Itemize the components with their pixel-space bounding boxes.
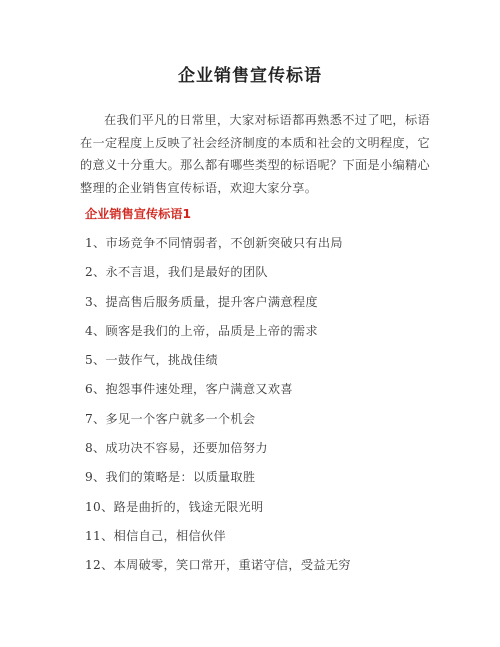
slogan-item: 6、抱怨事件速处理，客户满意又欢喜	[85, 380, 351, 409]
slogan-item: 1、市场竞争不同情弱者，不创新突破只有出局	[85, 234, 351, 263]
document-page: 企业销售宣传标语 在我们平凡的日常里，大家对标语都再熟悉不过了吧，标语在一定程度…	[0, 0, 500, 647]
slogan-item: 12、本周破零，笑口常开，重诺守信，受益无穷	[85, 556, 351, 585]
slogan-item: 10、路是曲折的，钱途无限光明	[85, 498, 351, 527]
slogan-item: 11、相信自己，相信伙伴	[85, 527, 351, 556]
slogan-list: 1、市场竞争不同情弱者，不创新突破只有出局 2、永不言退，我们是最好的团队 3、…	[85, 234, 351, 586]
slogan-item: 5、一鼓作气，挑战佳绩	[85, 351, 351, 380]
section-heading: 企业销售宣传标语1	[85, 205, 191, 223]
intro-paragraph: 在我们平凡的日常里，大家对标语都再熟悉不过了吧，标语在一定程度上反映了社会经济制…	[80, 109, 430, 199]
slogan-item: 2、永不言退，我们是最好的团队	[85, 263, 351, 292]
slogan-item: 8、成功决不容易，还要加倍努力	[85, 439, 351, 468]
slogan-item: 9、我们的策略是：以质量取胜	[85, 468, 351, 497]
slogan-item: 7、多见一个客户就多一个机会	[85, 410, 351, 439]
document-title: 企业销售宣传标语	[0, 64, 500, 88]
slogan-item: 4、顾客是我们的上帝，品质是上帝的需求	[85, 322, 351, 351]
slogan-item: 3、提高售后服务质量，提升客户满意程度	[85, 293, 351, 322]
